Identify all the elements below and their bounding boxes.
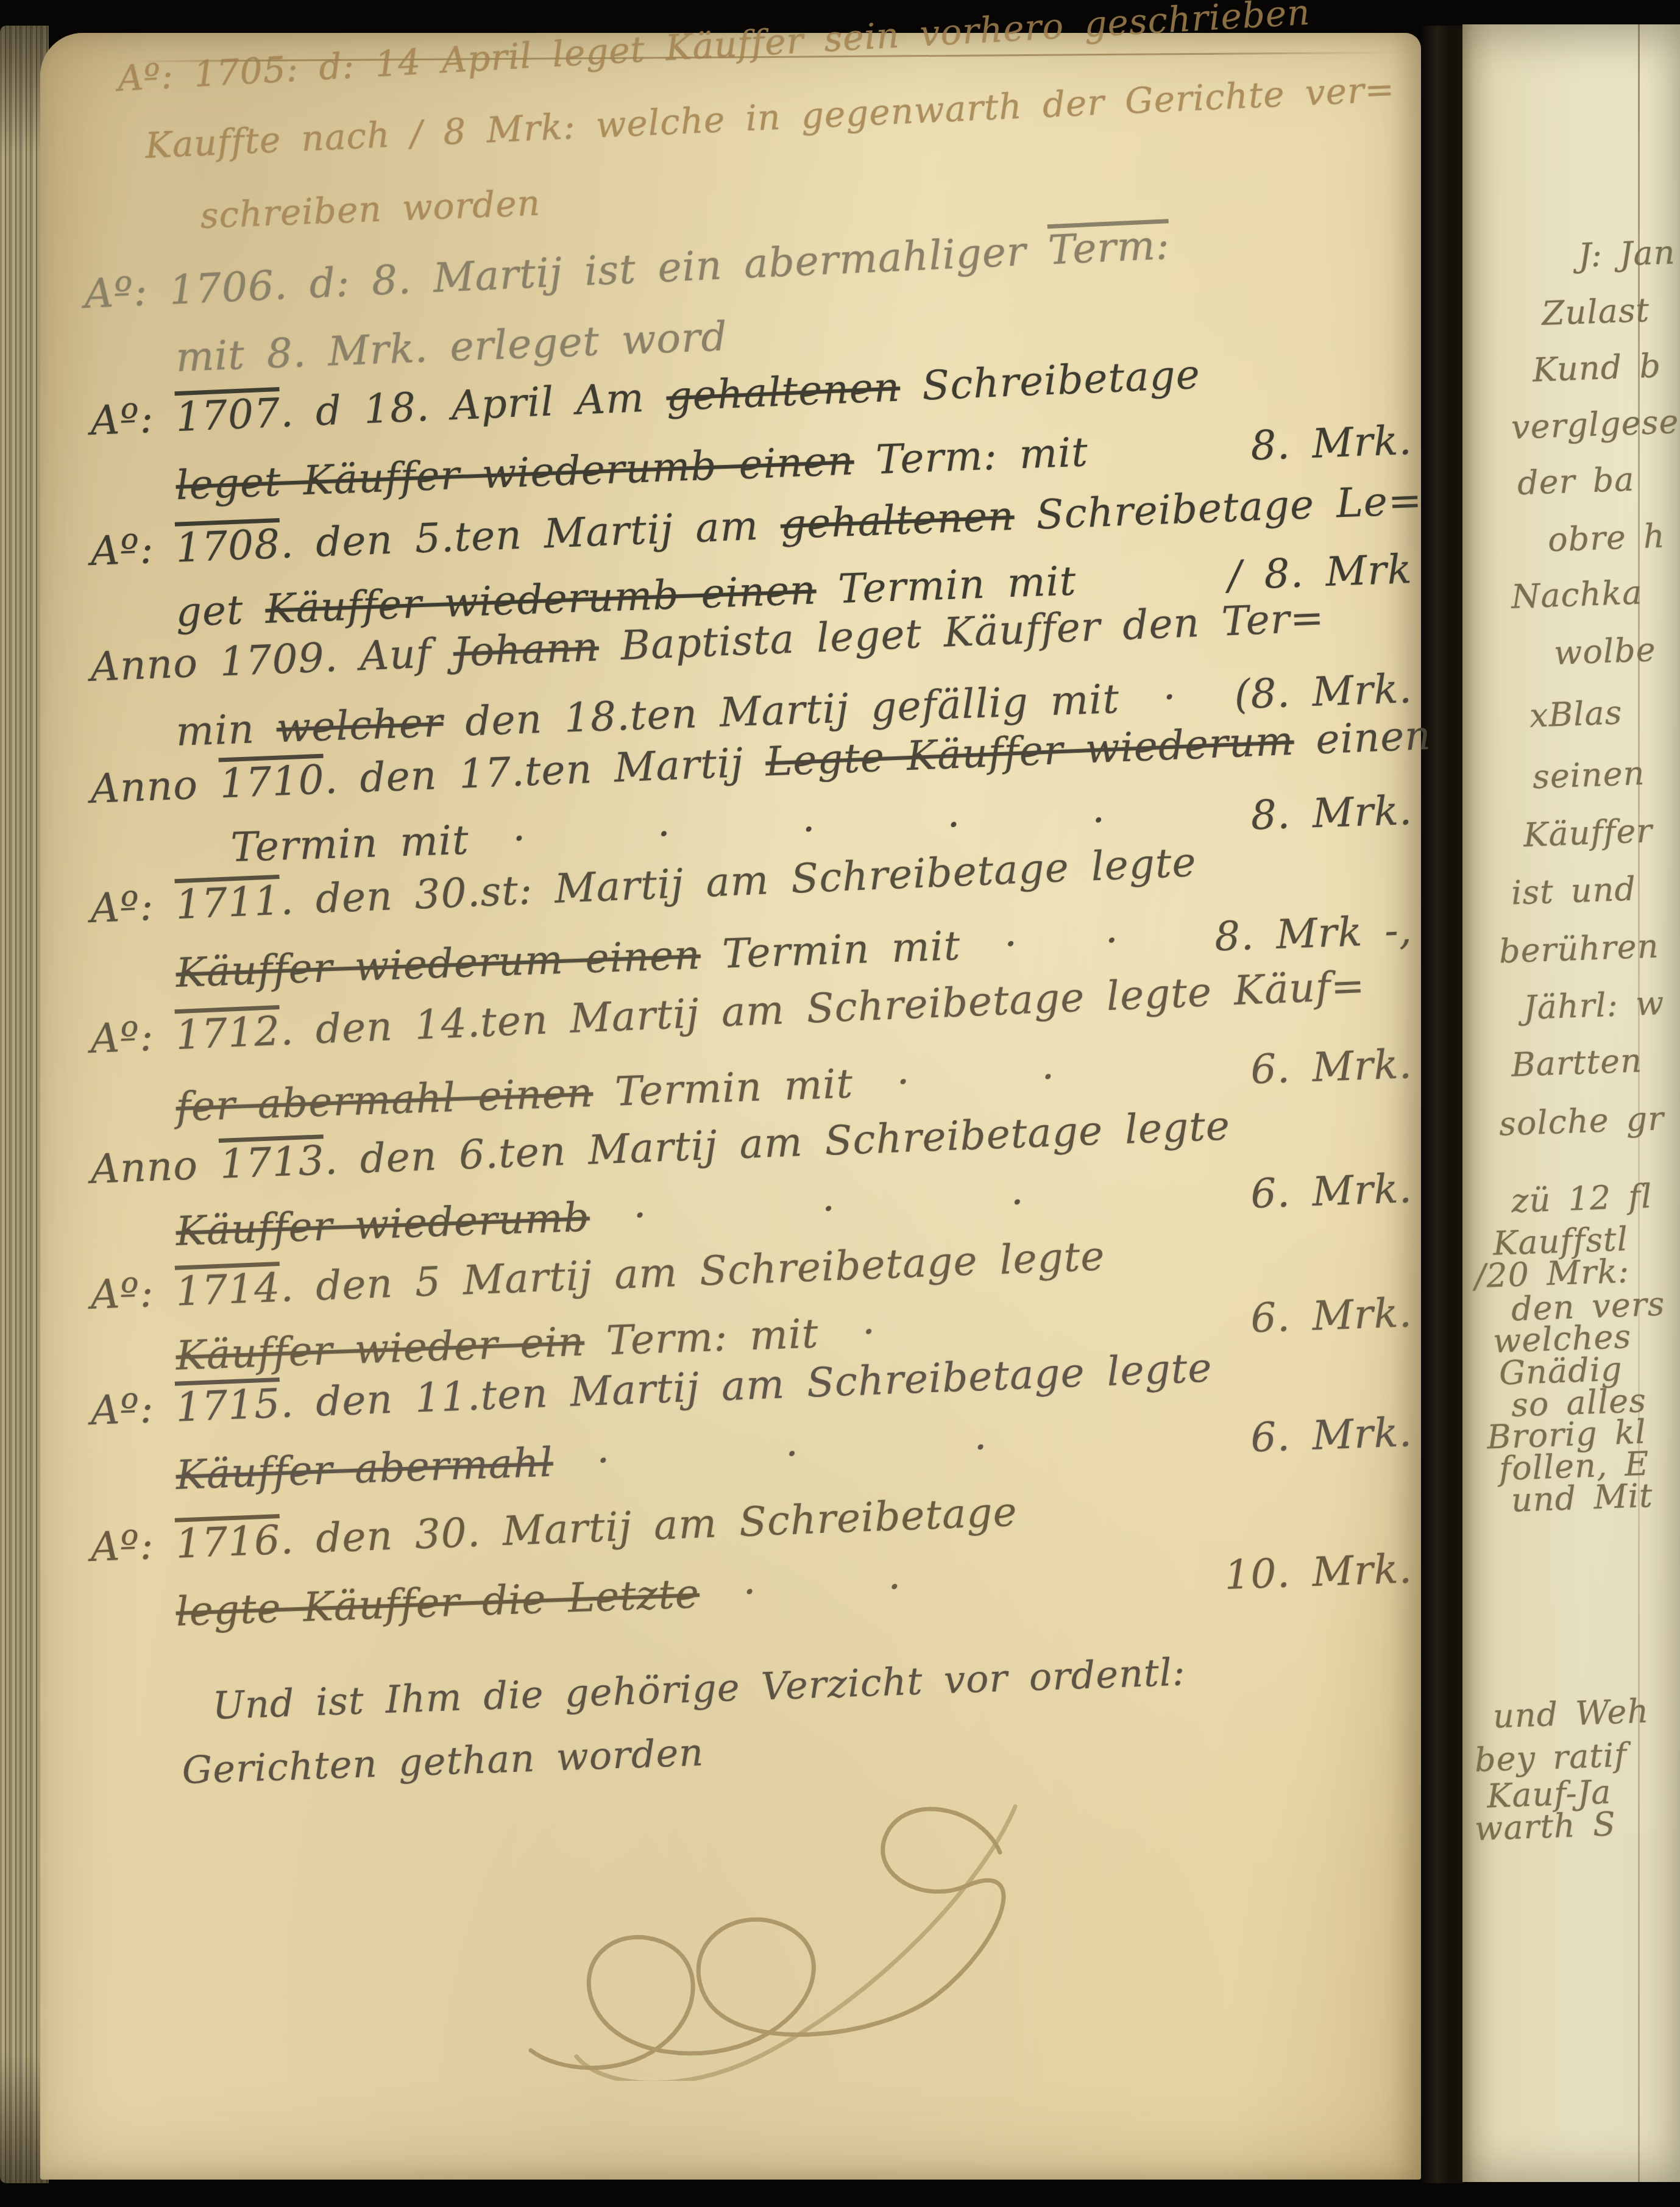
entry-amount: 6. Mrk. [1232,1165,1413,1218]
right-page-fragment: verglgese [1511,402,1679,447]
entry-text-struck: fer abermahl einen [175,1069,594,1131]
right-page-fragment: und Weh [1492,1692,1650,1736]
entry-year: 1711 [174,875,281,925]
entry-amount: / 8. Mrk [1209,546,1413,600]
book-photo: { "colors": { "background": "#070605", "… [0,0,1680,2207]
entry-text: Gerichten gethan worden [181,1730,704,1793]
entry-year: 1714 [175,1262,282,1312]
right-page-fragment: wolbe [1553,630,1657,672]
entry-text-struck: Johann [452,624,600,677]
entry-year: 1713 [219,1134,325,1185]
entry-text-struck: Käuffer wiederum einen [175,931,701,997]
entry-text: Aº: 1716. den 30. Martij am Schreibetage [90,1486,1018,1571]
entry-text-segment: Aº: [90,1012,177,1062]
right-page-fragment: Bartten [1511,1041,1643,1084]
entry-text-struck: legte Käuffer die Letzte [175,1570,700,1635]
entry-text-segment: min [175,705,277,755]
entry-year: 1712 [174,1005,281,1056]
entry-amount: 8. Mrk. [1232,417,1413,471]
right-page-fragment: Nachka [1511,573,1643,616]
entry-text-struck: welcher [275,699,444,752]
entry-text: Und ist Ihm die gehörige Verzicht vor or… [211,1649,1186,1728]
pen-flourish-icon [418,1794,1058,2081]
entry-amount: 10. Mrk. [1205,1545,1413,1599]
entry-amount: 8. Mrk -, [1196,906,1413,961]
entry-year: 1707 [174,387,281,438]
right-page-fragment: seinen [1532,754,1646,796]
entry-text-segment: Schreibetage [899,351,1201,411]
entry-text-struck: gehaltenen [779,492,1015,549]
entry-text: mit 8. Mrk. erleget word [175,313,728,381]
left-page: Aº: 1705: d: 14 April leget Käuffer sein… [40,33,1421,2180]
entry-text-segment: Termin mit · · [700,917,1119,978]
entry-year: 1715 [175,1377,282,1428]
entry-amount: 8. Mrk. [1232,787,1413,839]
right-page-fragment: Käuffer [1523,811,1653,854]
entry-amount: 6. Mrk. [1232,1289,1413,1342]
book-gutter [1420,26,1464,2183]
right-page-fragment: obre h [1547,517,1666,560]
entry-amount: 6. Mrk. [1232,1040,1413,1093]
entry-text-segment: Termin mit [815,557,1077,613]
entry-text-struck: Käuffer abermahl [175,1438,554,1499]
right-page-fragment: Jährl: w [1523,984,1665,1027]
entry-text-segment: · · · [552,1424,988,1486]
entry-text-segment: Aº: [90,394,177,444]
entry-amount: 6. Mrk. [1232,1409,1413,1462]
entry-text-struck: gehaltenen [665,363,901,420]
entry-text-segment: Schreibetage Le= [1013,477,1423,539]
entry-text-segment: Anno 1709. Auf [90,629,455,691]
entry-text-segment: Aº: [90,525,177,575]
right-page-fragment: ist und [1511,869,1637,912]
entry-text-segment: · · [699,1563,902,1617]
entry-text-segment: · · · [589,1178,1025,1240]
entry-text-segment: Aº: [90,1521,177,1571]
entry-text-struck: leget Käuffer wiederumb einen [175,437,855,509]
entry-text-segment: Aº: [90,1384,177,1434]
entry-text-segment: Aº: [90,881,177,932]
entry-text-segment: Gerichten gethan worden [181,1730,704,1793]
right-page-sliver: J: JanZulastKund bverglgeseder baobre hN… [1462,24,1680,2182]
entry-text-segment: Termin mit · · [592,1053,1056,1116]
manuscript-line: mit 8. Mrk. erleget word [175,313,728,381]
right-page-fragment: Kund b [1532,346,1662,389]
right-page-fragment: warth S [1474,1805,1617,1848]
entry-text-struck: Käuffer wiederumb [175,1193,590,1255]
entry-text-segment: Term: mit [853,428,1089,484]
manuscript-line: Und ist Ihm die gehörige Verzicht vor or… [211,1649,1186,1728]
right-page-fragment: solche gr [1498,1099,1665,1143]
entry-text-segment: Aº: [90,1268,177,1318]
entry-text-segment: Anno [90,1141,221,1193]
entry-text: Käuffer abermahl · · · [175,1424,988,1499]
entry-text-segment: . d 18. April Am [279,373,667,436]
manuscript-line: schreiben worden [199,182,541,236]
entry-year: 1716 [175,1514,282,1565]
entry-year: Term: [1047,219,1171,271]
entry-text: legte Käuffer die Letzte · · [175,1563,902,1635]
entry-text-segment: Und ist Ihm die gehörige Verzicht vor or… [211,1649,1186,1728]
entry-text-segment: Aº: 1706. d: 8. Martij ist ein abermahli… [83,227,1050,318]
entry-text-segment: Anno [90,761,221,812]
entry-text-segment: . den 30. Martij am Schreibetage [280,1488,1018,1563]
entry-text-segment: einen [1293,712,1432,764]
right-page-fragment: der ba [1517,460,1635,503]
entry-text-segment: get [175,586,266,636]
right-page-fragment: und Mit [1511,1476,1654,1519]
manuscript-line: Aº: 1716. den 30. Martij am Schreibetage [90,1486,1018,1571]
right-page-fragment: zü 12 fl [1511,1177,1653,1220]
right-page-fragment: berühren [1498,926,1659,970]
entry-text-segment: . den 17.ten Martij [324,739,767,803]
right-page-fragment: xBlas [1529,693,1623,734]
entry-text-segment: . den 5.ten Martij am [280,502,782,567]
entry-text-segment: schreiben worden [199,182,541,236]
entry-year: 1710 [219,754,325,805]
right-page-fragment: Zulast [1541,291,1650,333]
entry-year: 1708 [175,518,282,569]
entry-text: schreiben worden [199,182,541,236]
manuscript-line: Gerichten gethan worden [181,1730,704,1793]
right-page-fragment: J: Jan [1578,233,1676,275]
entry-text-segment: mit 8. Mrk. erleget word [175,313,728,381]
